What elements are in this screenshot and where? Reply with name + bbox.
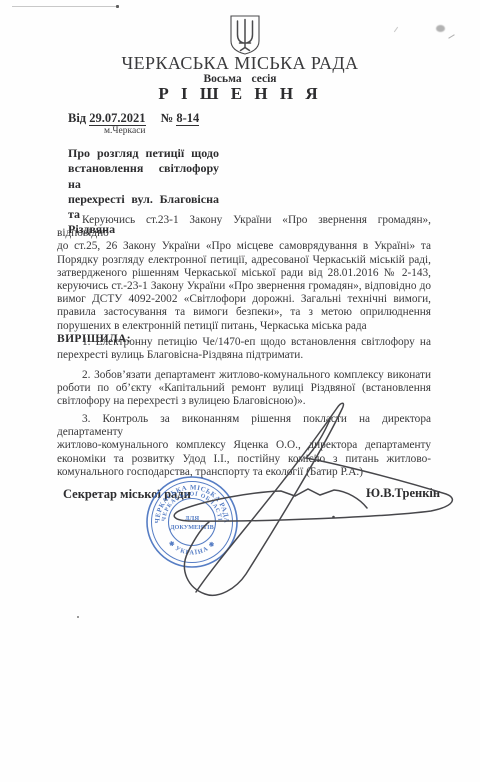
date-number-line: Від 29.07.2021 № 8-14 <box>68 111 199 126</box>
scan-artifact-line <box>12 6 118 7</box>
item-line: перехресті вулиць Благовісна-Різдвяна пі… <box>57 349 431 362</box>
decision-item-1: 1. Електронну петицію Че/1470-еп щодо вс… <box>57 336 431 362</box>
preamble-paragraph: Керуючись ст.23-1 Закону України «Про зв… <box>57 214 431 346</box>
number-sign: № <box>161 111 174 125</box>
handwritten-signature <box>150 395 470 610</box>
document-number: 8-14 <box>176 111 199 126</box>
subject-line: встановлення світлофору на <box>68 161 219 192</box>
preamble-line: Порядку розгляду електронної петиції, ад… <box>57 254 431 267</box>
preamble-line: вимог ДСТУ 4092-2002 «Світлофори дорожні… <box>57 293 431 306</box>
date-label: Від <box>68 111 86 125</box>
organization-name: ЧЕРКАСЬКА МІСЬКА РАДА <box>0 53 480 74</box>
preamble-line: керуючись ст.-23-1 Закону України «Про з… <box>57 280 431 293</box>
scan-artifact-speck <box>77 616 79 618</box>
preamble-line: до ст.25, 26 Закону України «Про місцеве… <box>57 240 431 253</box>
decision-document-page: ЧЕРКАСЬКА МІСЬКА РАДА Восьма сесія Р І Ш… <box>0 0 480 782</box>
preamble-line: порушених в електронній петиції питань, … <box>57 320 431 333</box>
scan-artifact-smudge <box>436 25 445 32</box>
subject-line: Про розгляд петиції щодо <box>68 146 219 161</box>
document-type-title: Р І Ш Е Н Н Я <box>0 84 480 104</box>
document-date: 29.07.2021 <box>89 111 145 126</box>
preamble-line: затвердженого рішенням Черкаської місько… <box>57 267 431 280</box>
scan-artifact-speck <box>116 5 119 8</box>
item-line: роботи по об’єкту «Капітальний ремонт ву… <box>57 382 431 395</box>
preamble-line: правила застосування та вимоги безпеки»,… <box>57 306 431 319</box>
item-line: 2. Зобов’язати департамент житлово-комун… <box>57 369 431 382</box>
ukraine-trident-emblem-icon <box>226 15 264 55</box>
city-label: м.Черкаси <box>104 126 146 136</box>
scan-artifact-slash <box>394 27 398 32</box>
scan-artifact-slash <box>448 34 454 39</box>
preamble-line: Керуючись ст.23-1 Закону України «Про зв… <box>57 214 431 240</box>
item-line: 1. Електронну петицію Че/1470-еп щодо вс… <box>57 336 431 349</box>
